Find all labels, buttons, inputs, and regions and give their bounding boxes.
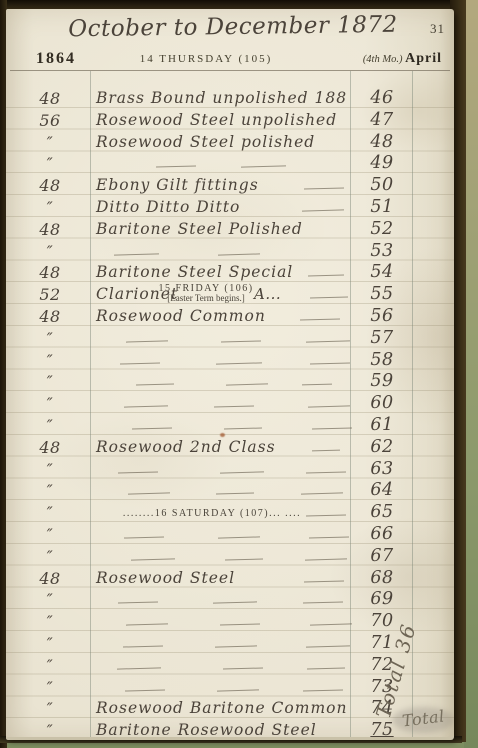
quantity-cell: 48	[20, 306, 80, 328]
item-suffix: A...	[254, 284, 281, 306]
ditto-dash	[126, 340, 168, 342]
ledger-row: ″ 63	[6, 459, 454, 481]
quantity-cell: ″	[20, 371, 80, 393]
quantity-cell: ″	[20, 197, 80, 219]
line-number-cell: 52	[352, 219, 412, 241]
ditto-dash	[310, 362, 350, 364]
ditto-dash	[126, 624, 168, 626]
ditto-dash	[310, 297, 348, 299]
ledger-row: ″ 53	[6, 241, 454, 263]
ledger-row: 48 Rosewood Common 56	[6, 306, 454, 328]
ditto-dash	[223, 667, 263, 669]
ledger-row: 56 Rosewood Steel unpolished 47	[6, 110, 454, 132]
quantity-cell: 56	[20, 110, 80, 132]
ditto-dash	[302, 209, 344, 211]
ledger-row: 52 Clarionet 55 A...	[6, 284, 454, 306]
item-cell: Clarionet	[96, 284, 178, 306]
ditto-dash	[218, 536, 260, 538]
quantity-cell: ″	[20, 480, 80, 502]
quantity-cell: ″	[20, 524, 80, 546]
ditto-dash	[114, 253, 159, 255]
ledger-row: ″ Rosewood Steel polished 48	[6, 132, 454, 154]
ledger-row: ″ 69	[6, 589, 454, 611]
ditto-dash	[306, 645, 350, 647]
item-cell: Rosewood Steel unpolished	[96, 110, 337, 132]
ditto-dash	[220, 471, 264, 473]
ditto-dash	[124, 536, 164, 538]
line-number-cell: 62	[352, 437, 412, 459]
ditto-dash	[216, 362, 262, 364]
ditto-dash	[214, 406, 254, 408]
ditto-dash	[303, 689, 343, 691]
line-number-cell: 56	[352, 306, 412, 328]
printed-month-heading: (4th Mo.) April	[363, 51, 442, 67]
line-number-cell: 49	[352, 153, 412, 175]
line-number-cell: 61	[352, 415, 412, 437]
line-number-cell: 53	[352, 241, 412, 263]
line-number-cell: 68	[352, 568, 412, 590]
line-number-cell: 51	[352, 197, 412, 219]
month-prefix: (4th Mo.)	[363, 54, 403, 65]
line-number-cell: 57	[352, 328, 412, 350]
ditto-dash	[307, 667, 345, 669]
scanned-ledger-photo: October to December 1872 31 1864 14 THUR…	[0, 0, 478, 748]
ledger-row: 48 Rosewood Steel 68	[6, 568, 454, 590]
ditto-dash	[215, 645, 257, 647]
ditto-dash	[156, 166, 196, 168]
ditto-dash	[128, 493, 170, 495]
ditto-dash	[241, 166, 286, 168]
item-cell: Ditto Ditto Ditto	[96, 197, 240, 219]
quantity-cell: ″	[20, 633, 80, 655]
ditto-dash	[221, 340, 261, 342]
ditto-dash	[120, 362, 160, 364]
line-number-cell: 47	[352, 110, 412, 132]
table-surface-right	[464, 0, 478, 748]
ditto-dash	[131, 558, 175, 560]
ditto-dash	[117, 667, 161, 669]
printed-day-heading: 14 THURSDAY (105)	[96, 53, 316, 65]
quantity-cell: ″	[20, 415, 80, 437]
item-cell: Rosewood Common	[96, 306, 266, 328]
ledger-row: 48 Brass Bound unpolished 188 46	[6, 88, 454, 110]
line-number-cell: 58	[352, 350, 412, 372]
item-cell: Ebony Gilt fittings	[96, 175, 259, 197]
ledger-row: ″ 49	[6, 153, 454, 175]
ditto-dash	[303, 602, 343, 604]
item-cell: Rosewood Steel polished	[96, 132, 315, 154]
quantity-cell: ″	[20, 589, 80, 611]
ditto-dash	[308, 275, 344, 277]
page-number: 31	[430, 21, 445, 37]
ledger-row: 48 Baritone Steel Polished 52	[6, 219, 454, 241]
line-number-cell: 69	[352, 589, 412, 611]
ditto-dash	[124, 406, 168, 408]
printed-year: 1864	[36, 50, 76, 68]
header-rule	[10, 70, 450, 71]
quantity-cell: 48	[20, 437, 80, 459]
item-cell: Baritone Rosewood Steel	[96, 720, 317, 737]
quantity-cell: ″	[20, 611, 80, 633]
ledger-row: ″ 71	[6, 633, 454, 655]
quantity-cell: ″	[20, 328, 80, 350]
item-cell: Baritone Steel Polished	[96, 219, 303, 241]
quantity-cell: ″	[20, 655, 80, 677]
month-name: April	[405, 51, 442, 66]
line-number-cell: 46	[352, 88, 412, 110]
ditto-dash	[226, 384, 268, 386]
quantity-cell: ″	[20, 459, 80, 481]
item-cell: Rosewood Steel	[96, 568, 235, 590]
item-cell: Baritone Steel Special	[96, 262, 293, 284]
line-number-cell: 64	[352, 480, 412, 502]
ledger-row: ″ 64	[6, 480, 454, 502]
quantity-cell: 48	[20, 175, 80, 197]
ditto-dash	[300, 318, 340, 320]
item-cell: Rosewood Baritone Common	[96, 698, 347, 720]
item-cell: Rosewood 2nd Class	[96, 437, 276, 459]
line-number-cell: 63	[352, 459, 412, 481]
quantity-cell: 48	[20, 262, 80, 284]
quantity-cell: ″	[20, 546, 80, 568]
ledger-row: 48 Ebony Gilt fittings 50	[6, 175, 454, 197]
ledger-rows: 48 Brass Bound unpolished 188 46 56 Rose…	[6, 88, 454, 737]
ledger-row: ″ 61	[6, 415, 454, 437]
quantity-cell: ″	[20, 698, 80, 720]
ditto-dash	[125, 689, 165, 691]
ledger-row: ″ 59	[6, 371, 454, 393]
ditto-dash	[308, 406, 350, 408]
line-number-cell: 65	[352, 502, 412, 524]
quantity-cell: 52	[20, 284, 80, 306]
ditto-dash	[304, 188, 344, 190]
ledger-row: 48 Rosewood 2nd Class 62	[6, 437, 454, 459]
quantity-cell: ″	[20, 241, 80, 263]
quantity-cell: 48	[20, 88, 80, 110]
ledger-row: ″ Baritone Rosewood Steel 75	[6, 720, 454, 737]
item-cell: Brass Bound unpolished 188	[96, 88, 347, 110]
ditto-dash	[306, 340, 350, 342]
ditto-dash	[302, 384, 332, 386]
line-number-cell: 66	[352, 524, 412, 546]
ditto-dash	[225, 558, 263, 560]
line-number-cell: 59	[352, 371, 412, 393]
line-number-cell: 67	[352, 546, 412, 568]
ledger-row: ″ 70	[6, 611, 454, 633]
ledger-row: ″ 66	[6, 524, 454, 546]
ledger-page: October to December 1872 31 1864 14 THUR…	[6, 9, 454, 737]
line-number-cell: 55	[352, 284, 412, 306]
ditto-dash	[220, 624, 260, 626]
ditto-dash	[310, 624, 352, 626]
ditto-dash	[217, 689, 259, 691]
line-number-cell: 60	[352, 393, 412, 415]
quantity-cell: ″	[20, 132, 80, 154]
ditto-dash	[304, 580, 344, 582]
ditto-dash	[123, 645, 163, 647]
line-number-cell: 54	[352, 262, 412, 284]
ditto-dash	[301, 493, 343, 495]
ledger-row: ″ 67	[6, 546, 454, 568]
book-edge-top	[0, 0, 478, 9]
ditto-dash	[224, 427, 262, 429]
ledger-row: 48 Baritone Steel Special 54	[6, 262, 454, 284]
ditto-dash	[118, 602, 158, 604]
ditto-dash	[216, 493, 254, 495]
ledger-row: ″ 65	[6, 502, 454, 524]
ditto-dash	[306, 471, 346, 473]
quantity-cell: ″	[20, 350, 80, 372]
handwritten-title: October to December 1872	[68, 12, 398, 43]
ditto-dash	[136, 384, 174, 386]
quantity-cell: 48	[20, 568, 80, 590]
book-edge-bottom	[0, 736, 462, 743]
quantity-cell: ″	[20, 502, 80, 524]
ditto-dash	[305, 558, 347, 560]
ledger-row: ″ Ditto Ditto Ditto 51	[6, 197, 454, 219]
quantity-cell: ″	[20, 720, 80, 737]
ditto-dash	[118, 471, 158, 473]
ditto-dash	[213, 602, 257, 604]
ditto-dash	[306, 515, 346, 517]
line-number-cell: 48	[352, 132, 412, 154]
ledger-row: ″ 58	[6, 350, 454, 372]
quantity-cell: ″	[20, 677, 80, 699]
ditto-dash	[312, 427, 352, 429]
ditto-dash	[309, 536, 349, 538]
line-number-cell: 50	[352, 175, 412, 197]
quantity-cell: 48	[20, 219, 80, 241]
quantity-cell: ″	[20, 153, 80, 175]
ledger-row: ″ 57	[6, 328, 454, 350]
ditto-dash	[132, 427, 172, 429]
ditto-dash	[218, 253, 260, 255]
ditto-dash	[312, 449, 340, 451]
ledger-row: ″ 60	[6, 393, 454, 415]
quantity-cell: ″	[20, 393, 80, 415]
